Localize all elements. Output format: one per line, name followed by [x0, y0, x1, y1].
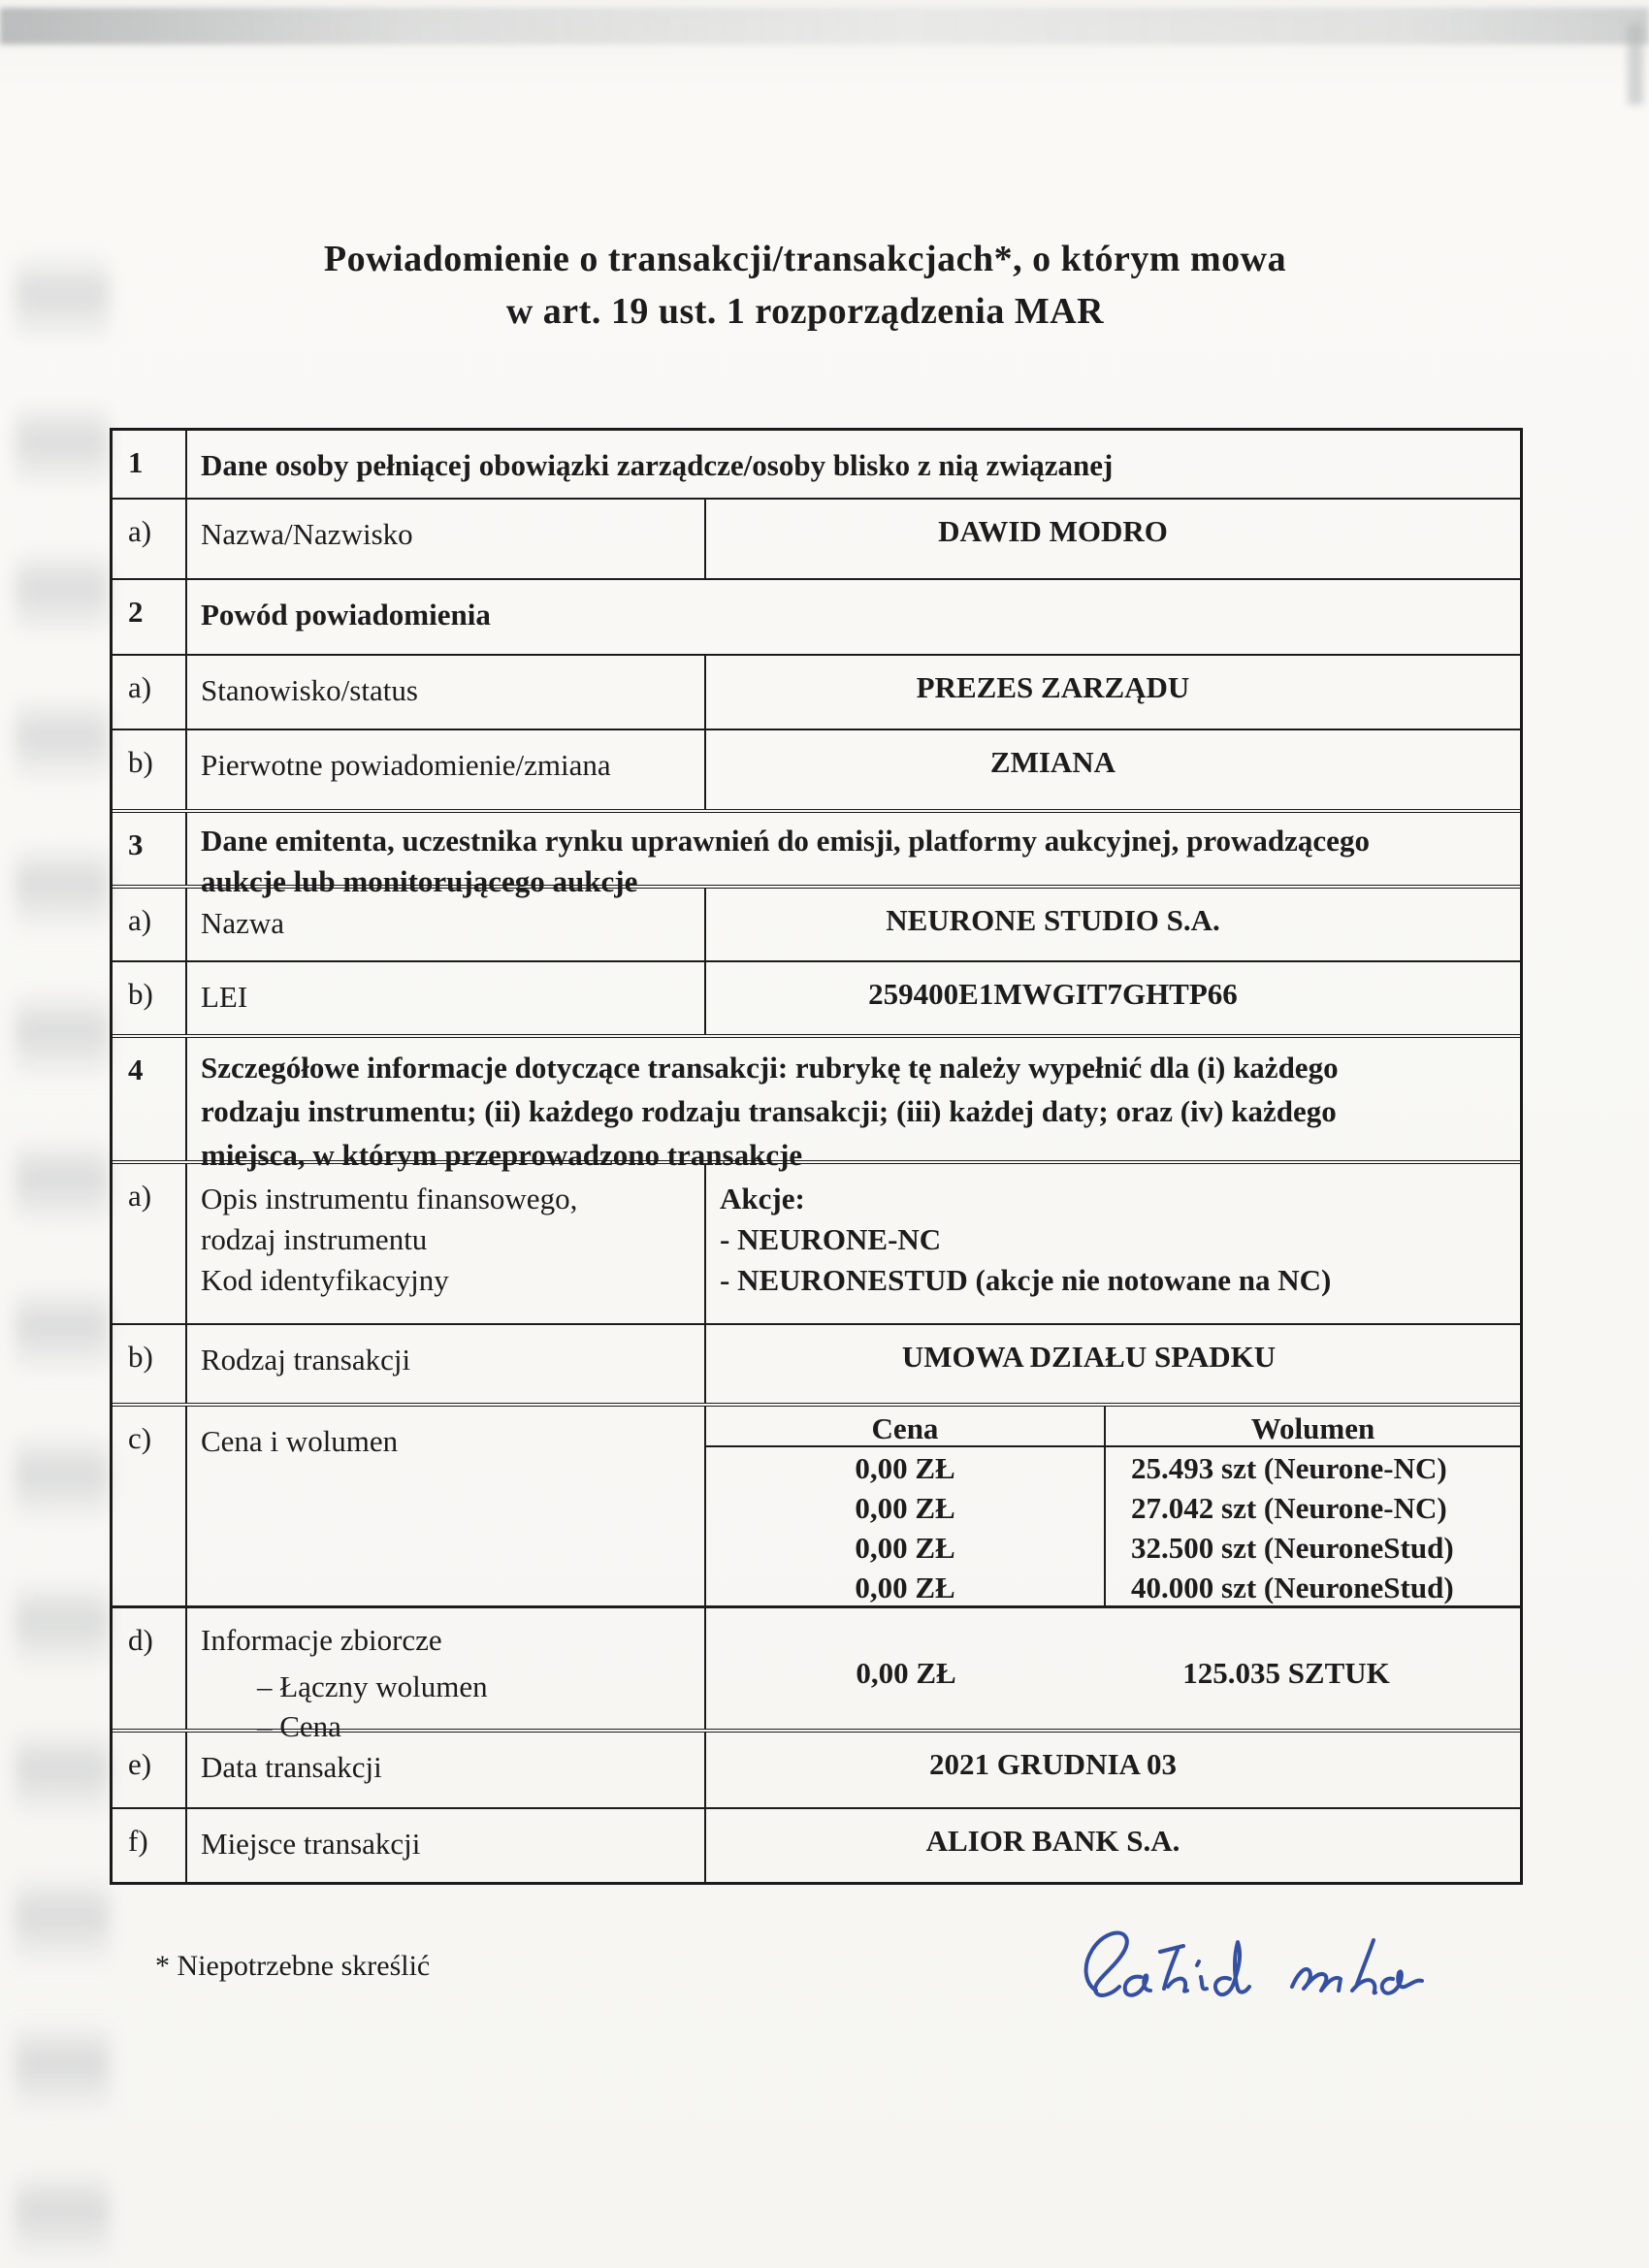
- signature-ink-strokes: [1067, 1923, 1436, 2029]
- value-pierwotne-powiadomienie: ZMIANA: [706, 730, 1520, 809]
- label-opis-instrumentu-line-3: Kod identyfikacyjny: [201, 1260, 704, 1301]
- row-position-status-letter: a): [113, 656, 187, 729]
- aggregated-volume-value: 125.035 SZTUK: [1106, 1656, 1520, 1729]
- section-4-number: 4: [113, 1038, 187, 1160]
- row-position-status: a) Stanowisko/status PREZES ZARZĄDU: [113, 656, 1520, 730]
- value-data-transakcji: 2021 GRUDNIA 03: [706, 1733, 1520, 1807]
- row-transaction-place: f) Miejsce transakcji ALIOR BANK S.A.: [113, 1809, 1520, 1882]
- price-volume-entry-4: 0,00 ZŁ 40.000 szt (NeuroneStud): [706, 1567, 1520, 1606]
- section-4-title-line-1: Szczegółowe informacje dotyczące transak…: [201, 1046, 1497, 1089]
- label-rodzaj-transakcji: Rodzaj transakcji: [187, 1325, 706, 1403]
- label-data-transakcji: Data transakcji: [187, 1733, 706, 1807]
- row-aggregated-info: d) Informacje zbiorcze – Łączny wolumen …: [113, 1608, 1520, 1733]
- section-1-title: Dane osoby pełniącej obowiązki zarządcze…: [187, 431, 1520, 498]
- row-initial-notification-letter: b): [113, 730, 187, 809]
- value-opis-instrumentu-line-1: Akcje:: [720, 1179, 1520, 1219]
- value-stanowisko-status: PREZES ZARZĄDU: [706, 656, 1520, 729]
- document-title: Powiadomienie o transakcji/transakcjach*…: [0, 233, 1610, 338]
- value-opis-instrumentu-line-3: - NEURONESTUD (akcje nie notowane na NC): [720, 1260, 1520, 1301]
- document-title-line-2: w art. 19 ust. 1 rozporządzenia MAR: [0, 285, 1610, 338]
- label-stanowisko-status: Stanowisko/status: [187, 656, 706, 729]
- row-initial-notification: b) Pierwotne powiadomienie/zmiana ZMIANA: [113, 730, 1520, 813]
- section-2-number: 2: [113, 580, 187, 654]
- price-volume-entry-1: 0,00 ZŁ 25.493 szt (Neurone-NC): [706, 1447, 1520, 1487]
- value-opis-instrumentu-line-2: - NEURONE-NC: [720, 1219, 1520, 1260]
- section-4-header-row: 4 Szczegółowe informacje dotyczące trans…: [113, 1038, 1520, 1164]
- label-opis-instrumentu: Opis instrumentu finansowego, rodzaj ins…: [187, 1164, 706, 1323]
- section-4-title: Szczegółowe informacje dotyczące transak…: [187, 1038, 1520, 1160]
- volume-value: 25.493 szt (Neurone-NC): [1106, 1447, 1520, 1487]
- row-issuer-name: a) Nazwa NEURONE STUDIO S.A.: [113, 889, 1520, 962]
- row-transaction-type-letter: b): [113, 1325, 187, 1403]
- label-opis-instrumentu-line-1: Opis instrumentu finansowego,: [201, 1179, 704, 1219]
- price-value: 0,00 ZŁ: [706, 1487, 1106, 1527]
- price-column-header: Cena: [706, 1407, 1106, 1445]
- handwritten-signature: [1067, 1923, 1436, 2034]
- row-transaction-type: b) Rodzaj transakcji UMOWA DZIAŁU SPADKU: [113, 1325, 1520, 1407]
- label-pierwotne-powiadomienie: Pierwotne powiadomienie/zmiana: [187, 730, 706, 809]
- footnote: * Niepotrzebne skreślić: [155, 1950, 430, 1983]
- document-title-line-1: Powiadomienie o transakcji/transakcjach*…: [0, 233, 1610, 285]
- row-transaction-date: e) Data transakcji 2021 GRUDNIA 03: [113, 1733, 1520, 1809]
- label-lei: LEI: [187, 962, 706, 1034]
- section-4-title-line-2: rodzaju instrumentu; (ii) każdego rodzaj…: [201, 1089, 1497, 1133]
- section-2-header-row: 2 Powód powiadomienia: [113, 580, 1520, 656]
- row-transaction-place-letter: f): [113, 1809, 187, 1882]
- value-nazwa: NEURONE STUDIO S.A.: [706, 889, 1520, 960]
- row-issuer-name-letter: a): [113, 889, 187, 960]
- price-value: 0,00 ZŁ: [706, 1567, 1106, 1606]
- section-3-number: 3: [113, 813, 187, 885]
- row-lei: b) LEI 259400E1MWGIT7GHTP66: [113, 962, 1520, 1038]
- label-cena-i-wolumen: Cena i wolumen: [187, 1407, 706, 1605]
- aggregated-item-total-volume: – Łączny wolumen: [257, 1667, 704, 1706]
- value-rodzaj-transakcji: UMOWA DZIAŁU SPADKU: [706, 1325, 1520, 1403]
- price-volume-entry-2: 0,00 ZŁ 27.042 szt (Neurone-NC): [706, 1487, 1520, 1527]
- row-transaction-date-letter: e): [113, 1733, 187, 1807]
- scan-artifact-left-shading: [16, 252, 109, 2268]
- label-informacje-zbiorcze-title: Informacje zbiorcze: [201, 1620, 704, 1661]
- price-volume-entry-3: 0,00 ZŁ 32.500 szt (NeuroneStud): [706, 1527, 1520, 1567]
- aggregated-price-value: 0,00 ZŁ: [706, 1656, 1106, 1729]
- row-price-volume-letter: c): [113, 1407, 187, 1605]
- row-instrument-description: a) Opis instrumentu finansowego, rodzaj …: [113, 1164, 1520, 1325]
- value-miejsce-transakcji: ALIOR BANK S.A.: [706, 1809, 1520, 1882]
- row-name-surname-letter: a): [113, 500, 187, 578]
- volume-value: 40.000 szt (NeuroneStud): [1106, 1567, 1520, 1606]
- price-value: 0,00 ZŁ: [706, 1527, 1106, 1567]
- volume-value: 27.042 szt (Neurone-NC): [1106, 1487, 1520, 1527]
- scan-artifact-top-band: [0, 8, 1649, 45]
- volume-value: 32.500 szt (NeuroneStud): [1106, 1527, 1520, 1567]
- label-nazwa: Nazwa: [187, 889, 706, 960]
- scanned-document-page: Powiadomienie o transakcji/transakcjach*…: [0, 0, 1649, 2268]
- notification-form-table: 1 Dane osoby pełniącej obowiązki zarządc…: [110, 428, 1523, 1885]
- price-value: 0,00 ZŁ: [706, 1447, 1106, 1487]
- row-lei-letter: b): [113, 962, 187, 1034]
- label-informacje-zbiorcze: Informacje zbiorcze – Łączny wolumen – C…: [187, 1608, 706, 1729]
- scan-artifact-right-edge: [1628, 23, 1643, 105]
- row-aggregated-info-letter: d): [113, 1608, 187, 1729]
- value-nazwa-nazwisko: DAWID MODRO: [706, 500, 1520, 578]
- section-2-title: Powód powiadomienia: [187, 580, 1520, 654]
- row-price-volume: c) Cena i wolumen Cena Wolumen 0,00 ZŁ 2…: [113, 1407, 1520, 1608]
- section-3-title: Dane emitenta, uczestnika rynku uprawnie…: [187, 813, 1520, 885]
- value-opis-instrumentu: Akcje: - NEURONE-NC - NEURONESTUD (akcje…: [706, 1164, 1520, 1323]
- label-nazwa-nazwisko: Nazwa/Nazwisko: [187, 500, 706, 578]
- aggregated-values: 0,00 ZŁ 125.035 SZTUK: [706, 1608, 1520, 1729]
- row-name-surname: a) Nazwa/Nazwisko DAWID MODRO: [113, 500, 1520, 580]
- section-1-number: 1: [113, 431, 187, 498]
- label-miejsce-transakcji: Miejsce transakcji: [187, 1809, 706, 1882]
- value-lei: 259400E1MWGIT7GHTP66: [706, 962, 1520, 1034]
- row-instrument-description-letter: a): [113, 1164, 187, 1323]
- section-3-header-row: 3 Dane emitenta, uczestnika rynku uprawn…: [113, 813, 1520, 889]
- label-opis-instrumentu-line-2: rodzaj instrumentu: [201, 1219, 704, 1260]
- price-volume-subtable: Cena Wolumen 0,00 ZŁ 25.493 szt (Neurone…: [706, 1407, 1520, 1605]
- section-3-title-line-1: Dane emitenta, uczestnika rynku uprawnie…: [201, 821, 1497, 861]
- price-volume-header-row: Cena Wolumen: [706, 1407, 1520, 1447]
- volume-column-header: Wolumen: [1106, 1407, 1520, 1445]
- section-1-header-row: 1 Dane osoby pełniącej obowiązki zarządc…: [113, 431, 1520, 500]
